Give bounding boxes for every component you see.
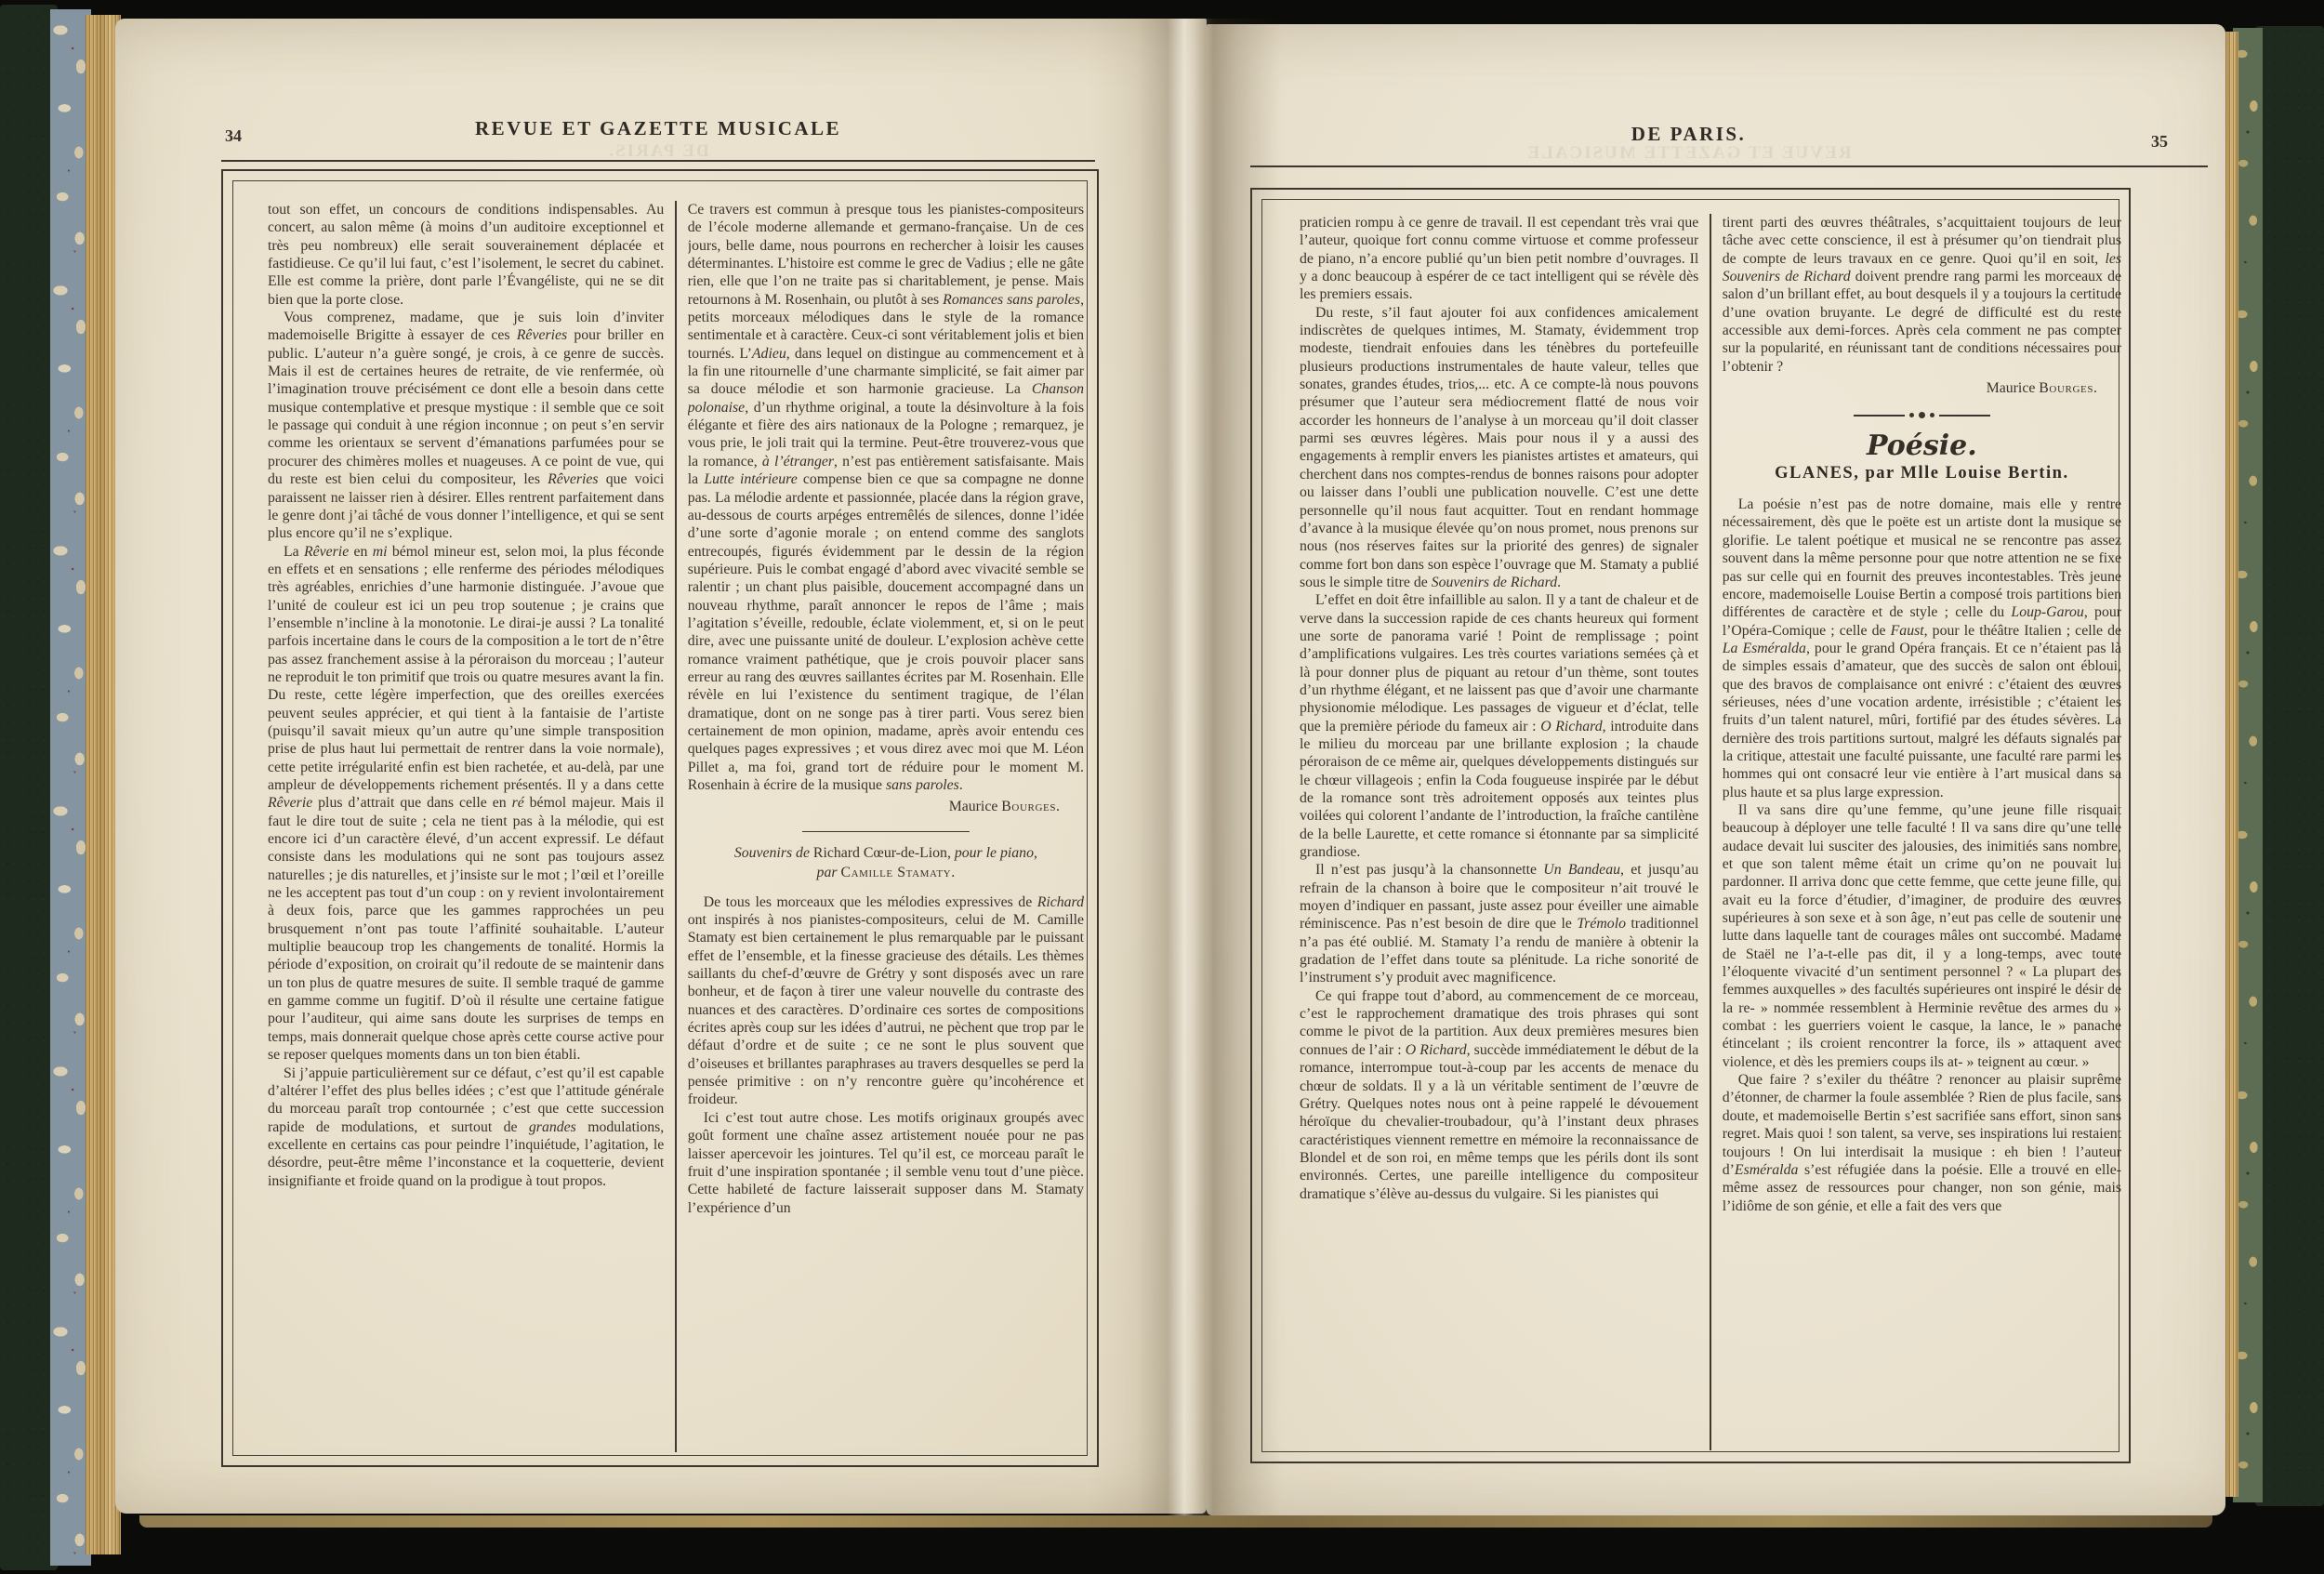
column-rule bbox=[675, 201, 677, 1452]
section-divider-rule bbox=[802, 831, 970, 832]
header-rule bbox=[221, 160, 1095, 162]
text-block: praticien rompu à ce genre de travail. I… bbox=[1300, 214, 2121, 1450]
paragraph: Vous comprenez, madame, que je suis loin… bbox=[268, 309, 664, 542]
author-signature: Maurice Bourges. bbox=[1723, 379, 2121, 397]
running-title: DE PARIS. bbox=[1250, 123, 2127, 146]
text-column-1: praticien rompu à ce genre de travail. I… bbox=[1300, 214, 1698, 1450]
paragraph: De tous les morceaux que les mélodies ex… bbox=[688, 893, 1084, 1109]
section-heading: Poésie. bbox=[1723, 437, 2121, 455]
paragraph: praticien rompu à ce genre de travail. I… bbox=[1300, 214, 1698, 304]
paragraph: La Rêverie en mi bémol mineur est, selon… bbox=[268, 543, 664, 1065]
book-cover-right bbox=[2255, 26, 2324, 1506]
paragraph: Ici c’est tout autre chose. Les motifs o… bbox=[688, 1109, 1084, 1217]
paragraph: Il n’est pas jusqu’à la chansonnette Un … bbox=[1300, 861, 1698, 986]
paragraph: Que faire ? s’exiler du théâtre ? renonc… bbox=[1723, 1071, 2121, 1215]
paragraph: Il va sans dire qu’une femme, qu’une jeu… bbox=[1723, 801, 2121, 1071]
paragraph: Ce travers est commun à presque tous les… bbox=[688, 201, 1084, 794]
paragraph: Ce qui frappe tout d’abord, au commencem… bbox=[1300, 987, 1698, 1203]
article-title: GLANES, par Mlle Louise Bertin. bbox=[1723, 465, 2121, 483]
page-34: 34 DE PARIS. REVUE ET GAZETTE MUSICALE t… bbox=[115, 19, 1207, 1514]
paragraph: L’effet en doit être infaillible au salo… bbox=[1300, 591, 1698, 861]
bottom-page-edges bbox=[139, 1515, 2212, 1528]
text-column-1: tout son effet, un concours de condition… bbox=[268, 201, 664, 1452]
book-cover-left bbox=[0, 5, 58, 1570]
book-spread: 34 DE PARIS. REVUE ET GAZETTE MUSICALE t… bbox=[0, 0, 2324, 1574]
show-through-text: DE PARIS. bbox=[221, 141, 1095, 162]
text-column-2: Ce travers est commun à presque tous les… bbox=[688, 201, 1084, 1452]
running-title: REVUE ET GAZETTE MUSICALE bbox=[221, 117, 1095, 140]
page-35: 35 REVUE ET GAZETTE MUSICALE DE PARIS. p… bbox=[1207, 24, 2225, 1515]
paragraph: Du reste, s’il faut ajouter foi aux conf… bbox=[1300, 304, 1698, 592]
paragraph: Si j’appuie particulièrement sur ce défa… bbox=[268, 1065, 664, 1190]
text-column-2: tirent parti des œuvres théâtrales, s’ac… bbox=[1723, 214, 2121, 1450]
author-signature: Maurice Bourges. bbox=[688, 798, 1084, 815]
show-through-text: REVUE ET GAZETTE MUSICALE bbox=[1250, 143, 2127, 164]
paragraph: La poésie n’est pas de notre domaine, ma… bbox=[1723, 496, 2121, 801]
section-ornament bbox=[1723, 412, 2121, 418]
header-rule bbox=[1250, 165, 2208, 167]
paragraph: tirent parti des œuvres théâtrales, s’ac… bbox=[1723, 214, 2121, 376]
text-block: tout son effet, un concours de condition… bbox=[268, 201, 1084, 1452]
paragraph: tout son effet, un concours de condition… bbox=[268, 201, 664, 309]
article-heading: Souvenirs de Richard Cœur-de-Lion, pour … bbox=[688, 843, 1084, 882]
page-number: 35 bbox=[2151, 132, 2168, 152]
column-rule bbox=[1710, 214, 1711, 1450]
